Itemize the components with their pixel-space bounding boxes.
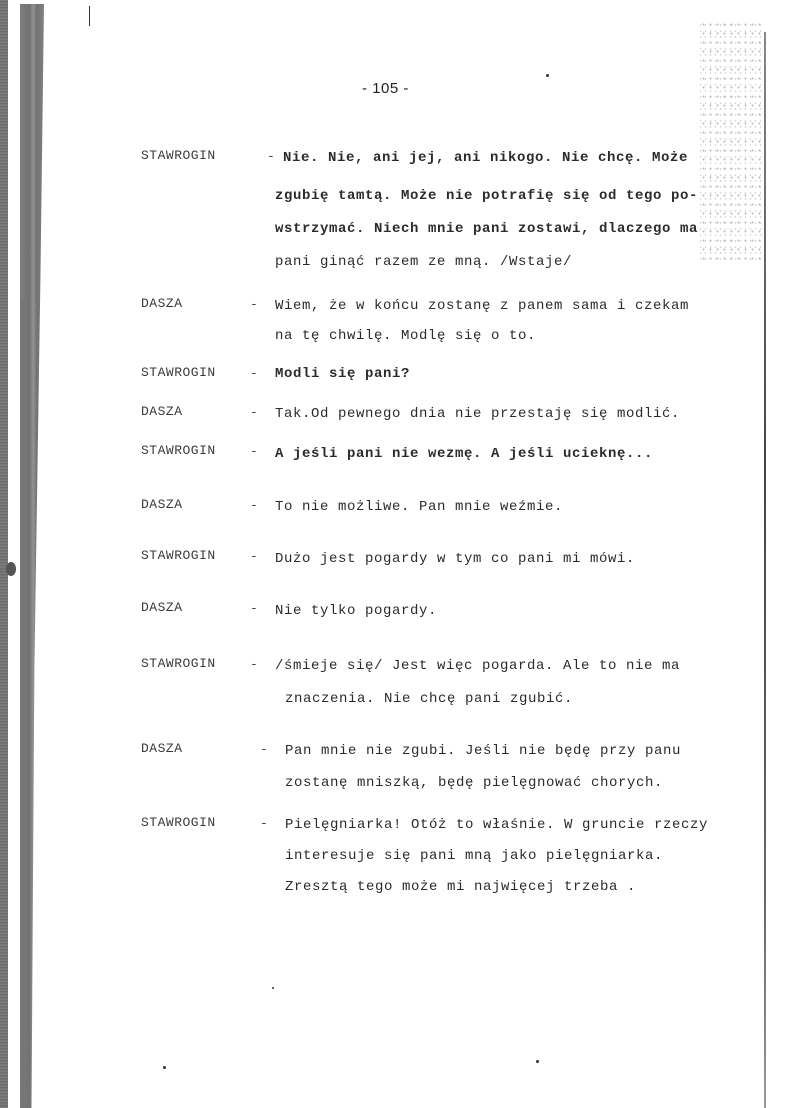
dialogue-dash: - (250, 366, 258, 381)
dialogue-line: zostanę mniszką, będę pielęgnować choryc… (285, 775, 663, 791)
dialogue-line: /śmieje się/ Jest więc pogarda. Ale to n… (275, 658, 680, 674)
dialogue-dash: - (250, 297, 258, 312)
speaker-name: DASZA (141, 296, 183, 311)
dialogue-dash: - (250, 657, 258, 672)
dialogue-dash: - (260, 816, 268, 831)
dialogue-line: Nie tylko pogardy. (275, 603, 437, 619)
dialogue-dash: - (260, 742, 268, 757)
dialogue-line: pani ginąć razem ze mną. /Wstaje/ (275, 254, 572, 270)
speaker-name: STAWROGIN (141, 443, 216, 458)
speaker-name: STAWROGIN (141, 656, 216, 671)
scan-speck (536, 1060, 539, 1063)
dialogue-line: na tę chwilę. Modlę się o to. (275, 328, 536, 344)
scan-noise (700, 20, 762, 260)
dialogue-line: Wiem, że w końcu zostanę z panem sama i … (275, 298, 689, 314)
dialogue-dash: - (267, 149, 275, 164)
scan-speck (546, 74, 549, 77)
dialogue-line: To nie możliwe. Pan mnie weźmie. (275, 499, 563, 515)
speaker-name: STAWROGIN (141, 365, 216, 380)
scan-right-edge (764, 32, 766, 1108)
speaker-name: STAWROGIN (141, 548, 216, 563)
dialogue-dash: - (250, 444, 258, 459)
dialogue-dash: - (250, 601, 258, 616)
scan-speck (163, 1066, 166, 1069)
dialogue-line: Modli się pani? (275, 366, 410, 382)
dialogue-line: Nie. Nie, ani jej, ani nikogo. Nie chcę.… (283, 150, 688, 166)
pencil-mark (89, 6, 90, 26)
dialogue-dash: - (250, 498, 258, 513)
dialogue-line: znaczenia. Nie chcę pani zgubić. (285, 691, 573, 707)
dialogue-line: A jeśli pani nie wezmę. A jeśli ucieknę.… (275, 446, 653, 462)
page-number: - 105 - (362, 80, 409, 97)
speaker-name: DASZA (141, 741, 183, 756)
punch-hole-mark (6, 562, 16, 576)
speaker-name: DASZA (141, 497, 183, 512)
scan-left-edge (0, 0, 8, 1108)
dialogue-dash: - (250, 549, 258, 564)
speaker-name: STAWROGIN (141, 148, 216, 163)
dialogue-line: Zresztą tego może mi najwięcej trzeba . (285, 879, 636, 895)
dialogue-line: interesuje się pani mną jako pielęgniark… (285, 848, 663, 864)
scan-speck (272, 987, 274, 989)
dialogue-line: Dużo jest pogardy w tym co pani mi mówi. (275, 551, 635, 567)
speaker-name: DASZA (141, 600, 183, 615)
dialogue-line: zgubię tamtą. Może nie potrafię się od t… (275, 188, 698, 204)
dialogue-line: wstrzymać. Niech mnie pani zostawi, dlac… (275, 221, 698, 237)
binding-shadow-tail (20, 300, 26, 1108)
dialogue-line: Tak.Od pewnego dnia nie przestaję się mo… (275, 406, 680, 422)
dialogue-line: Pan mnie nie zgubi. Jeśli nie będę przy … (285, 743, 681, 759)
speaker-name: STAWROGIN (141, 815, 216, 830)
dialogue-dash: - (250, 405, 258, 420)
dialogue-line: Pielęgniarka! Otóż to właśnie. W gruncie… (285, 817, 708, 833)
speaker-name: DASZA (141, 404, 183, 419)
